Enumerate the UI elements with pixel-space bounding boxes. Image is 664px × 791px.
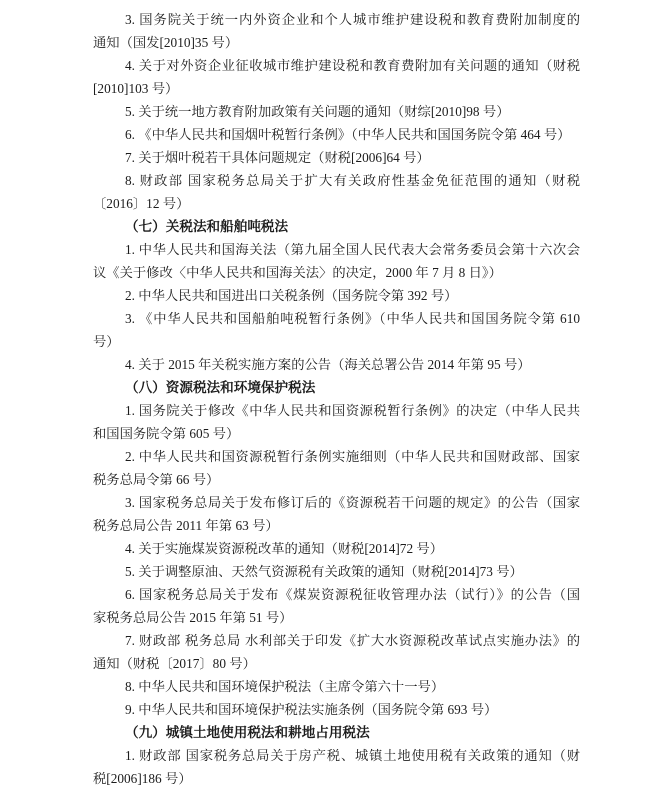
text-line: 7. 关于烟叶税若干具体问题规定（财税[2006]64 号） [93,146,580,169]
text-line: 5. 关于统一地方教育附加政策有关问题的通知（财综[2010]98 号） [93,100,580,123]
section-heading: （七）关税法和船舶吨税法 [93,215,580,238]
text-line: 3. 《中华人民共和国船舶吨税暂行条例》（中华人民共和国国务院令第 610 [93,307,580,330]
text-line: 通知（财税〔2017〕80 号） [93,652,580,675]
text-line: 3. 国家税务总局关于发布修订后的《资源税若干问题的规定》的公告（国家 [93,491,580,514]
text-line: 议《关于修改〈中华人民共和国海关法〉的决定，2000 年 7 月 8 日》） [93,261,580,284]
text-line: [2010]103 号） [93,77,580,100]
text-line: 税[2006]186 号） [93,767,580,790]
text-line: 税务总局令第 66 号） [93,468,580,491]
document-page: 3. 国务院关于统一内外资企业和个人城市维护建设税和教育费附加制度的 通知（国发… [0,0,664,791]
text-line: 3. 国务院关于统一内外资企业和个人城市维护建设税和教育费附加制度的 [93,8,580,31]
text-line: 8. 中华人民共和国环境保护税法（主席令第六十一号） [93,675,580,698]
text-line: 7. 财政部 税务总局 水利部关于印发《扩大水资源税改革试点实施办法》的 [93,629,580,652]
text-line: 〔2016〕12 号） [93,192,580,215]
text-line: 9. 中华人民共和国环境保护税法实施条例（国务院令第 693 号） [93,698,580,721]
section-heading: （九）城镇土地使用税法和耕地占用税法 [93,721,580,744]
text-line: 号） [93,330,580,353]
text-line: 6. 国家税务总局关于发布《煤炭资源税征收管理办法（试行）》的公告（国 [93,583,580,606]
text-line: 4. 关于 2015 年关税实施方案的公告（海关总署公告 2014 年第 95 … [93,353,580,376]
text-line: 2. 中华人民共和国进出口关税条例（国务院令第 392 号） [93,284,580,307]
text-line: 1. 财政部 国家税务总局关于房产税、城镇土地使用税有关政策的通知（财 [93,744,580,767]
text-line: 1. 中华人民共和国海关法（第九届全国人民代表大会常务委员会第十六次会 [93,238,580,261]
text-line: 税务总局公告 2011 年第 63 号） [93,514,580,537]
section-heading: （八）资源税法和环境保护税法 [93,376,580,399]
text-line: 4. 关于对外资企业征收城市维护建设税和教育费附加有关问题的通知（财税 [93,54,580,77]
text-line: 2. 中华人民共和国资源税暂行条例实施细则（中华人民共和国财政部、国家 [93,445,580,468]
text-line: 家税务总局公告 2015 年第 51 号） [93,606,580,629]
text-line: 4. 关于实施煤炭资源税改革的通知（财税[2014]72 号） [93,537,580,560]
text-line: 5. 关于调整原油、天然气资源税有关政策的通知（财税[2014]73 号） [93,560,580,583]
text-line: 通知（国发[2010]35 号） [93,31,580,54]
text-line: 1. 国务院关于修改《中华人民共和国资源税暂行条例》的决定（中华人民共 [93,399,580,422]
text-line: 6. 《中华人民共和国烟叶税暂行条例》（中华人民共和国国务院令第 464 号） [93,123,580,146]
text-line: 8. 财政部 国家税务总局关于扩大有关政府性基金免征范围的通知（财税 [93,169,580,192]
text-line: 和国国务院令第 605 号） [93,422,580,445]
